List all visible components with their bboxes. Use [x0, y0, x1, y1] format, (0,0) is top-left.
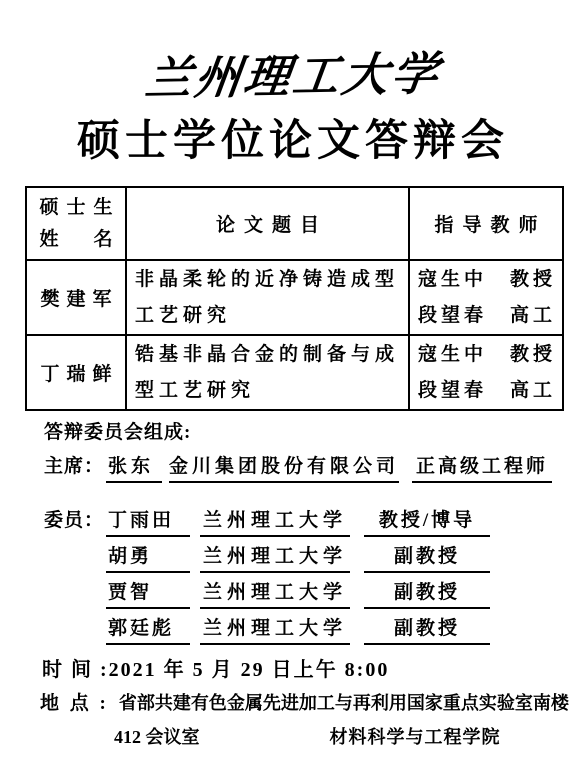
document-page: 兰州理工大学 硕士学位论文答辩会 硕士生 姓 名 论文题目 指导教师 樊建军 非…	[0, 0, 586, 771]
advisors: 寇生中 教授 段望春 高工	[409, 335, 563, 410]
place-line-2: 412 会议室 材料科学与工程学院	[114, 725, 586, 750]
chair-title: 正高级工程师	[412, 453, 552, 483]
member-affiliation: 兰州理工大学	[200, 580, 350, 609]
advisor-line2: 段望春 高工	[418, 298, 562, 334]
place-room: 412 会议室	[114, 725, 200, 750]
member-title: 副教授	[364, 580, 490, 609]
member-name: 胡勇	[106, 544, 190, 573]
thesis-line2: 型工艺研究	[135, 373, 408, 409]
chair-line: 主席：张东金川集团股份有限公司正高级工程师	[44, 453, 586, 483]
member-row: 贾智 兰州理工大学 副教授	[44, 580, 586, 609]
member-name: 丁雨田	[106, 508, 190, 537]
table-header-row: 硕士生 姓 名 论文题目 指导教师	[26, 187, 563, 260]
defense-table: 硕士生 姓 名 论文题目 指导教师 樊建军 非晶柔轮的近净铸造成型 工艺研究 寇…	[25, 186, 564, 411]
member-row: 郭廷彪 兰州理工大学 副教授	[44, 616, 586, 645]
time-label: 时 间 :	[42, 659, 109, 681]
chair-affiliation: 金川集团股份有限公司	[169, 453, 399, 483]
member-affiliation: 兰州理工大学	[200, 544, 350, 573]
member-affiliation: 兰州理工大学	[200, 616, 350, 645]
table-row: 丁瑞鲜 锆基非晶合金的制备与成 型工艺研究 寇生中 教授 段望春 高工	[26, 335, 563, 410]
table-row: 樊建军 非晶柔轮的近净铸造成型 工艺研究 寇生中 教授 段望春 高工	[26, 260, 563, 335]
student-name: 樊建军	[26, 260, 126, 335]
committee-heading: 答辩委员会组成:	[44, 420, 586, 446]
place-label: 地 点 :	[40, 693, 109, 714]
member-row: 胡勇 兰州理工大学 副教授	[44, 544, 586, 573]
university-logo: 兰州理工大学	[0, 41, 586, 113]
time-value: 2021 年 5 月 29 日上午 8:00	[109, 659, 390, 681]
thesis-line1: 锆基非晶合金的制备与成	[135, 337, 408, 373]
thesis-title: 非晶柔轮的近净铸造成型 工艺研究	[126, 260, 409, 335]
member-row: 委员： 丁雨田 兰州理工大学 教授/博导	[44, 508, 586, 537]
member-title: 副教授	[364, 616, 490, 645]
page-title: 硕士学位论文答辩会	[0, 114, 586, 170]
member-name: 贾智	[106, 580, 190, 609]
member-title: 副教授	[364, 544, 490, 573]
thesis-line1: 非晶柔轮的近净铸造成型	[135, 262, 408, 298]
committee-members: 委员： 丁雨田 兰州理工大学 教授/博导 胡勇 兰州理工大学 副教授 贾智 兰州…	[44, 508, 586, 645]
members-label: 委员：	[44, 508, 106, 534]
header-advisor: 指导教师	[409, 187, 563, 260]
time-line: 时 间 :2021 年 5 月 29 日上午 8:00	[42, 657, 586, 683]
member-name: 郭廷彪	[106, 616, 190, 645]
advisors: 寇生中 教授 段望春 高工	[409, 260, 563, 335]
place-department: 材料科学与工程学院	[330, 725, 501, 750]
chair-name: 张东	[106, 453, 162, 483]
member-title: 教授/博导	[364, 508, 490, 537]
header-student-line2: 姓 名	[27, 224, 125, 256]
thesis-line2: 工艺研究	[135, 298, 408, 334]
header-student-line1: 硕士生	[27, 192, 125, 224]
advisor-line2: 段望春 高工	[418, 373, 562, 409]
header-thesis-title: 论文题目	[126, 187, 409, 260]
place-line: 地 点 :省部共建有色金属先进加工与再利用国家重点实验室南楼	[40, 691, 586, 716]
thesis-title: 锆基非晶合金的制备与成 型工艺研究	[126, 335, 409, 410]
student-name: 丁瑞鲜	[26, 335, 126, 410]
advisor-line1: 寇生中 教授	[418, 262, 562, 298]
advisor-line1: 寇生中 教授	[418, 337, 562, 373]
place-value: 省部共建有色金属先进加工与再利用国家重点实验室南楼	[119, 693, 569, 713]
chair-label: 主席：	[44, 453, 104, 480]
member-affiliation: 兰州理工大学	[200, 508, 350, 537]
header-student-name: 硕士生 姓 名	[26, 187, 126, 260]
